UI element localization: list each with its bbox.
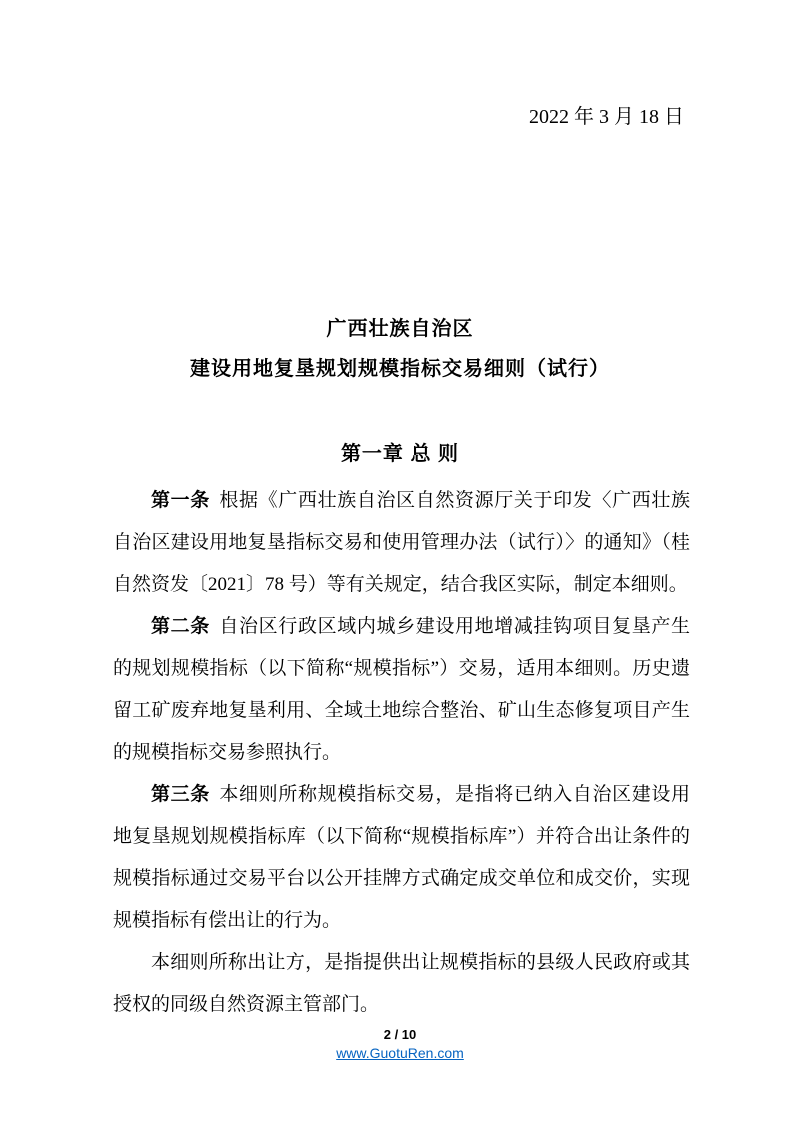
footer-website-link[interactable]: www.GuotuRen.com	[336, 1045, 464, 1061]
page-footer: 2 / 10 www.GuotuRen.com	[0, 1026, 800, 1063]
clause-3-text: 本细则所称规模指标交易，是指将已纳入自治区建设用地复垦规划规模指标库（以下简称“…	[113, 784, 690, 931]
paragraph-clause-3: 第三条本细则所称规模指标交易，是指将已纳入自治区建设用地复垦规划规模指标库（以下…	[113, 774, 690, 942]
document-title: 广西壮族自治区 建设用地复垦规划规模指标交易细则（试行）	[0, 309, 800, 389]
page-number-indicator: 2 / 10	[0, 1026, 800, 1044]
chapter-heading: 第一章 总 则	[0, 434, 800, 474]
document-date: 2022 年 3 月 18 日	[529, 104, 684, 130]
paragraph-clause-1: 第一条根据《广西壮族自治区自然资源厅关于印发〈广西壮族自治区建设用地复垦指标交易…	[113, 480, 690, 606]
clause-1-label: 第一条	[151, 490, 210, 511]
paragraph-clause-2: 第二条自治区行政区域内城乡建设用地增减挂钩项目复垦产生的规划规模指标（以下简称“…	[113, 606, 690, 774]
clause-2-text: 自治区行政区域内城乡建设用地增减挂钩项目复垦产生的规划规模指标（以下简称“规模指…	[113, 616, 690, 763]
title-line-2: 建设用地复垦规划规模指标交易细则（试行）	[0, 349, 800, 389]
paragraph-4: 本细则所称出让方，是指提供出让规模指标的县级人民政府或其授权的同级自然资源主管部…	[113, 942, 690, 1026]
clause-4-text: 本细则所称出让方，是指提供出让规模指标的县级人民政府或其授权的同级自然资源主管部…	[113, 952, 690, 1015]
title-line-1: 广西壮族自治区	[0, 309, 800, 349]
document-page: 2022 年 3 月 18 日 广西壮族自治区 建设用地复垦规划规模指标交易细则…	[0, 0, 800, 1132]
document-body: 第一条根据《广西壮族自治区自然资源厅关于印发〈广西壮族自治区建设用地复垦指标交易…	[113, 480, 690, 1026]
clause-2-label: 第二条	[151, 616, 210, 637]
clause-3-label: 第三条	[151, 784, 210, 805]
